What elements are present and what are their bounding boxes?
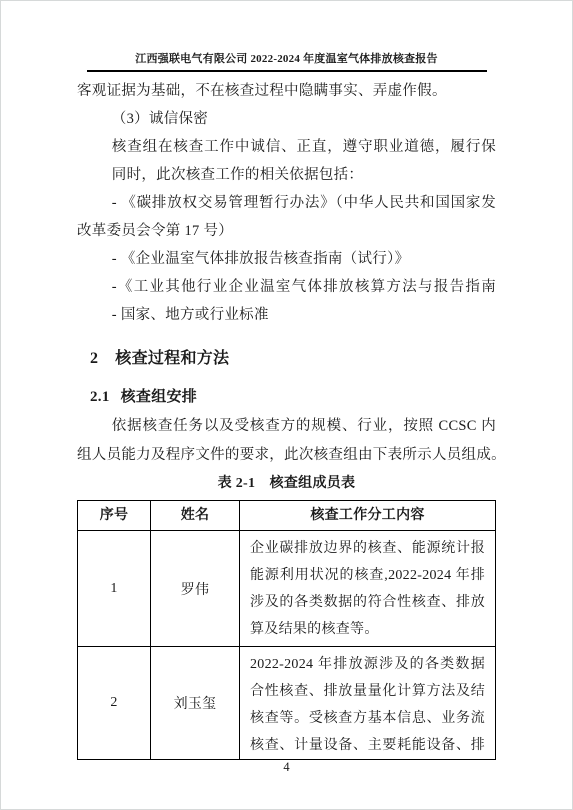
paragraph-line: 依据核查任务以及受核查方的规模、行业，按照 CCSC 内部核查 bbox=[77, 412, 496, 441]
document-page: 江西强联电气有限公司 2022-2024 年度温室气体排放核查报告 客观证据为基… bbox=[0, 0, 573, 810]
table-row: 1 罗伟 企业碳排放边界的核查、能源统计报表及 能源利用状况的核查,2022-2… bbox=[78, 531, 496, 647]
paragraph-line: 同时，此次核查工作的相关依据包括： bbox=[77, 161, 496, 189]
duty-line: 算及结果的核查等。 bbox=[250, 616, 485, 643]
duty-line: 核查等。受核查方基本信息、业务流程的 bbox=[250, 705, 485, 732]
header-cell-duty: 核查工作分工内容 bbox=[240, 501, 496, 531]
reference-item: - 《碳排放权交易管理暂行办法》（中华人民共和国国家发展和 bbox=[77, 189, 496, 217]
table-header-row: 序号 姓名 核查工作分工内容 bbox=[78, 501, 496, 531]
reference-item-continuation: 改革委员会令第 17 号） bbox=[77, 217, 496, 245]
table-caption: 表 2-1 核查组成员表 bbox=[77, 470, 496, 498]
verification-team-table: 序号 姓名 核查工作分工内容 1 罗伟 企业碳排放边界的核查、能源统计报表及 能… bbox=[77, 500, 496, 760]
paragraph-line: （3）诚信保密 bbox=[77, 105, 496, 133]
table-row: 2 刘玉玺 2022-2024 年排放源涉及的各类数据的符 合性核查、排放量量化… bbox=[78, 647, 496, 760]
cell-duty: 企业碳排放边界的核查、能源统计报表及 能源利用状况的核查,2022-2024 年… bbox=[240, 531, 496, 647]
header-cell-no: 序号 bbox=[78, 501, 151, 531]
paragraph-line: 组人员能力及程序文件的要求，此次核查组由下表所示人员组成。 bbox=[77, 441, 496, 470]
duty-line: 2022-2024 年排放源涉及的各类数据的符 bbox=[250, 651, 485, 678]
page-number: 4 bbox=[1, 760, 572, 775]
reference-item: - 国家、地方或行业标准 bbox=[77, 301, 496, 329]
page-header: 江西强联电气有限公司 2022-2024 年度温室气体排放核查报告 bbox=[87, 50, 487, 72]
cell-no: 1 bbox=[78, 531, 151, 647]
section-title: 核查过程和方法 bbox=[115, 350, 229, 367]
reference-item: - 《企业温室气体排放报告核查指南（试行）》 bbox=[77, 245, 496, 273]
duty-line: 企业碳排放边界的核查、能源统计报表及 bbox=[250, 535, 485, 562]
section-heading: 2核查过程和方法 bbox=[77, 344, 496, 374]
cell-no: 2 bbox=[78, 647, 151, 760]
subsection-title: 核查组安排 bbox=[121, 389, 197, 405]
duty-line: 合性核查、排放量量化计算方法及结果的 bbox=[250, 678, 485, 705]
cell-name: 罗伟 bbox=[151, 531, 240, 647]
duty-line: 能源利用状况的核查,2022-2024 年排放源 bbox=[250, 562, 485, 589]
section-number: 2 bbox=[90, 350, 98, 367]
subsection-heading: 2.1核查组安排 bbox=[77, 382, 496, 412]
duty-line: 核查、计量设备、主要耗能设备、排放边 bbox=[250, 732, 485, 759]
cell-duty: 2022-2024 年排放源涉及的各类数据的符 合性核查、排放量量化计算方法及结… bbox=[240, 647, 496, 760]
subsection-number: 2.1 bbox=[90, 389, 110, 405]
header-cell-name: 姓名 bbox=[151, 501, 240, 531]
page-content: 客观证据为基础，不在核查过程中隐瞒事实、弄虚作假。 （3）诚信保密 核查组在核查… bbox=[1, 72, 572, 760]
paragraph-line: 客观证据为基础，不在核查过程中隐瞒事实、弄虚作假。 bbox=[77, 77, 496, 105]
reference-item: -《工业其他行业企业温室气体排放核算方法与报告指南（试行）》 bbox=[77, 273, 496, 301]
cell-name: 刘玉玺 bbox=[151, 647, 240, 760]
duty-line: 涉及的各类数据的符合性核查、排放量计 bbox=[250, 589, 485, 616]
paragraph-line: 核查组在核查工作中诚信、正直，遵守职业道德，履行保密义务。 bbox=[77, 133, 496, 161]
header-title: 江西强联电气有限公司 2022-2024 年度温室气体排放核查报告 bbox=[135, 53, 437, 65]
